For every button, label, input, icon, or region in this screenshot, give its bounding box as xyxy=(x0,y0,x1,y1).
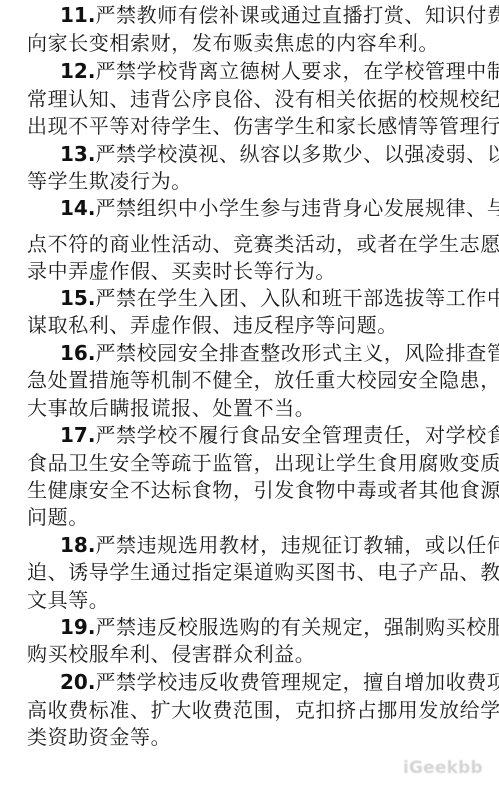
item-text: 严禁学校漠视、纵容以多欺少、以强凌弱、以大欺小 xyxy=(95,142,499,166)
item-text: 严禁组织中小学生参与违背身心发展规律、与年龄特 xyxy=(95,196,499,220)
item-17-line-4: 问题。 xyxy=(27,505,482,529)
item-number: 12. xyxy=(60,59,95,83)
item-13-line-1: 13.严禁学校漠视、纵容以多欺少、以强凌弱、以大欺小 xyxy=(60,142,482,166)
item-14-line-3: 录中弄虚作假、买卖时长等行为。 xyxy=(27,259,482,283)
item-11-line-2: 向家长变相索财，发布贩卖焦虑的内容牟利。 xyxy=(27,31,482,55)
item-15-line-1: 15.严禁在学生入团、入队和班干部选拔等工作中，出现 xyxy=(60,286,482,310)
item-12-line-3: 出现不平等对待学生、伤害学生和家长感情等管理行为。 xyxy=(27,114,482,138)
item-14-line-2: 点不符的商业性活动、竞赛类活动，或者在学生志愿服务记 xyxy=(27,232,482,256)
watermark: iGeekbb xyxy=(403,758,483,778)
item-17-line-2: 食品卫生安全等疏于监管，出现让学生食用腐败变质或者卫 xyxy=(27,451,482,475)
item-number: 18. xyxy=(60,533,95,557)
item-number: 19. xyxy=(60,615,95,639)
item-14-line-1: 14.严禁组织中小学生参与违背身心发展规律、与年龄特 xyxy=(60,196,482,220)
item-number: 11. xyxy=(60,3,95,27)
item-15-line-2: 谋取私利、弄虚作假、违反程序等问题。 xyxy=(27,313,482,337)
item-11-line-1: 11.严禁教师有偿补课或通过直播打赏、知识付费等途径 xyxy=(60,3,482,27)
item-text: 严禁违规选用教材，违规征订教辅，或以任何形式强 xyxy=(95,533,499,557)
item-number: 13. xyxy=(60,142,95,166)
item-text: 严禁学校违反收费管理规定，擅自增加收费项目、提 xyxy=(95,670,499,694)
item-13-line-2: 等学生欺凌行为。 xyxy=(27,169,482,193)
item-text: 严禁校园安全排查整改形式主义，风险排查管控和应 xyxy=(95,341,499,365)
item-text: 严禁在学生入团、入队和班干部选拔等工作中，出现 xyxy=(95,286,499,310)
item-20-line-1: 20.严禁学校违反收费管理规定，擅自增加收费项目、提 xyxy=(60,670,482,694)
item-19-line-2: 购买校服牟利、侵害群众利益。 xyxy=(27,642,482,666)
item-16-line-3: 大事故后瞒报谎报、处置不当。 xyxy=(27,396,482,420)
item-16-line-1: 16.严禁校园安全排查整改形式主义，风险排查管控和应 xyxy=(60,341,482,365)
item-18-line-2: 迫、诱导学生通过指定渠道购买图书、电子产品、教辅材料、 xyxy=(27,560,482,584)
item-text: 严禁学校不履行食品安全管理责任，对学校食堂运行、 xyxy=(95,423,499,447)
item-18-line-1: 18.严禁违规选用教材，违规征订教辅，或以任何形式强 xyxy=(60,533,482,557)
document-page: 11.严禁教师有偿补课或通过直播打赏、知识付费等途径 向家长变相索财，发布贩卖焦… xyxy=(0,0,499,800)
item-number: 15. xyxy=(60,286,95,310)
item-text: 严禁违反校服选购的有关规定，强制购买校服，利用 xyxy=(95,615,499,639)
item-number: 17. xyxy=(60,423,95,447)
item-17-line-1: 17.严禁学校不履行食品安全管理责任，对学校食堂运行、 xyxy=(60,423,482,447)
item-20-line-3: 类资助资金等。 xyxy=(27,725,482,749)
item-12-line-1: 12.严禁学校背离立德树人要求，在学校管理中制定有违 xyxy=(60,59,482,83)
item-17-line-3: 生健康安全不达标食物，引发食物中毒或者其他食源性疾患 xyxy=(27,478,482,502)
item-number: 20. xyxy=(60,670,95,694)
item-text: 严禁教师有偿补课或通过直播打赏、知识付费等途径 xyxy=(95,3,499,27)
item-number: 14. xyxy=(60,196,95,220)
item-12-line-2: 常理认知、违背公序良俗、没有相关依据的校规校纪条款， xyxy=(27,87,482,111)
item-19-line-1: 19.严禁违反校服选购的有关规定，强制购买校服，利用 xyxy=(60,615,482,639)
item-20-line-2: 高收费标准、扩大收费范围，克扣挤占挪用发放给学生的各 xyxy=(27,698,482,722)
item-number: 16. xyxy=(60,341,95,365)
item-16-line-2: 急处置措施等机制不健全，放任重大校园安全隐患，发生重 xyxy=(27,368,482,392)
item-text: 严禁学校背离立德树人要求，在学校管理中制定有违 xyxy=(95,59,499,83)
item-18-line-3: 文具等。 xyxy=(27,588,482,612)
